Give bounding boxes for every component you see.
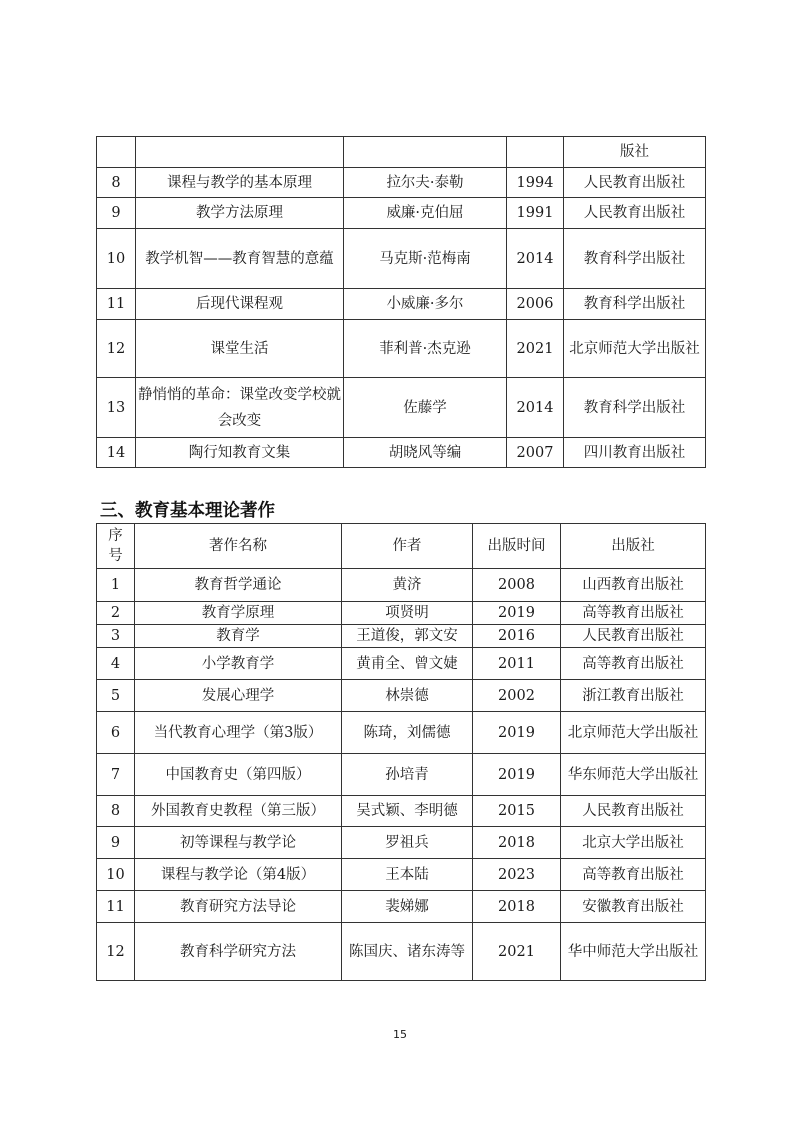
- cell-publisher: 人民教育出版社: [564, 168, 706, 198]
- table-row: 13静悄悄的革命：课堂改变学校就会改变佐藤学2014教育科学出版社: [97, 378, 706, 438]
- cell-no: 1: [97, 569, 135, 602]
- cell-no: 6: [97, 712, 135, 754]
- cell-year: 2011: [473, 648, 561, 680]
- cell-author: 项贤明: [342, 602, 473, 625]
- header-year: 出版时间: [473, 524, 561, 569]
- cell-publisher: 人民教育出版社: [564, 198, 706, 229]
- cell-no: 2: [97, 602, 135, 625]
- cell-author: 拉尔夫·泰勒: [344, 168, 507, 198]
- table-row: 9初等课程与教学论罗祖兵2018北京大学出版社: [97, 827, 706, 859]
- cell-author: 罗祖兵: [342, 827, 473, 859]
- cell-publisher: 华中师范大学出版社: [561, 923, 706, 981]
- cell-year: 2018: [473, 827, 561, 859]
- cell-no: 9: [97, 827, 135, 859]
- cell-title: 外国教育史教程（第三版）: [135, 796, 342, 827]
- cell-no: 13: [97, 378, 136, 438]
- cell-no: 10: [97, 859, 135, 891]
- cell-title: 课程与教学的基本原理: [136, 168, 344, 198]
- cell-no: [97, 137, 136, 168]
- cell-year: 2016: [473, 625, 561, 648]
- table-row: 1教育哲学通论黄济2008山西教育出版社: [97, 569, 706, 602]
- cell-publisher: 高等教育出版社: [561, 648, 706, 680]
- page-number: 15: [0, 1028, 800, 1041]
- cell-year: 2014: [507, 378, 564, 438]
- cell-year: 2014: [507, 229, 564, 289]
- table-row: 12教育科学研究方法陈国庆、诸东涛等2021华中师范大学出版社: [97, 923, 706, 981]
- table-row: 8外国教育史教程（第三版）吴式颖、李明德2015人民教育出版社: [97, 796, 706, 827]
- cell-no: 12: [97, 923, 135, 981]
- cell-no: 10: [97, 229, 136, 289]
- table-row: 2教育学原理项贤明2019高等教育出版社: [97, 602, 706, 625]
- cell-title: 课堂生活: [136, 320, 344, 378]
- cell-author: 王道俊，郭文安: [342, 625, 473, 648]
- table-row-continued: 版社: [97, 137, 706, 168]
- cell-title: 课程与教学论（第4版）: [135, 859, 342, 891]
- cell-author: 黄济: [342, 569, 473, 602]
- header-author: 作者: [342, 524, 473, 569]
- cell-title: 教育科学研究方法: [135, 923, 342, 981]
- table-row: 14陶行知教育文集胡晓风等编2007四川教育出版社: [97, 438, 706, 468]
- cell-author: 王本陆: [342, 859, 473, 891]
- header-publisher: 出版社: [561, 524, 706, 569]
- cell-publisher: 教育科学出版社: [564, 378, 706, 438]
- table-row: 4小学教育学黄甫全、曾文婕2011高等教育出版社: [97, 648, 706, 680]
- cell-publisher: 北京大学出版社: [561, 827, 706, 859]
- cell-publisher: 四川教育出版社: [564, 438, 706, 468]
- table-row: 6当代教育心理学（第3版）陈琦，刘儒德2019北京师范大学出版社: [97, 712, 706, 754]
- cell-author: 陈国庆、诸东涛等: [342, 923, 473, 981]
- cell-year: 2007: [507, 438, 564, 468]
- cell-author: 小威廉·多尔: [344, 289, 507, 320]
- cell-author: 裴娣娜: [342, 891, 473, 923]
- cell-publisher: 安徽教育出版社: [561, 891, 706, 923]
- cell-publisher: 教育科学出版社: [564, 289, 706, 320]
- cell-title: 教学方法原理: [136, 198, 344, 229]
- cell-author: [344, 137, 507, 168]
- cell-year: 2019: [473, 712, 561, 754]
- cell-publisher: 华东师范大学出版社: [561, 754, 706, 796]
- cell-author: 陈琦，刘儒德: [342, 712, 473, 754]
- cell-year: 2019: [473, 754, 561, 796]
- cell-author: 林崇德: [342, 680, 473, 712]
- cell-no: 11: [97, 891, 135, 923]
- cell-year: 2018: [473, 891, 561, 923]
- cell-year: 2006: [507, 289, 564, 320]
- cell-author: 威廉·克伯屈: [344, 198, 507, 229]
- cell-title: 中国教育史（第四版）: [135, 754, 342, 796]
- table-row: 10课程与教学论（第4版）王本陆2023高等教育出版社: [97, 859, 706, 891]
- reading-list-table-continued: 版社 8课程与教学的基本原理拉尔夫·泰勒1994人民教育出版社9教学方法原理威廉…: [96, 136, 706, 468]
- cell-year: 2008: [473, 569, 561, 602]
- table-row: 7中国教育史（第四版）孙培青2019华东师范大学出版社: [97, 754, 706, 796]
- table-row: 9教学方法原理威廉·克伯屈1991人民教育出版社: [97, 198, 706, 229]
- cell-publisher: 北京师范大学出版社: [564, 320, 706, 378]
- cell-publisher: 版社: [564, 137, 706, 168]
- cell-title: 教育学: [135, 625, 342, 648]
- cell-year: 2015: [473, 796, 561, 827]
- cell-no: 7: [97, 754, 135, 796]
- cell-year: 2021: [507, 320, 564, 378]
- header-no: 序号: [97, 524, 135, 569]
- cell-title: 初等课程与教学论: [135, 827, 342, 859]
- cell-year: 1994: [507, 168, 564, 198]
- cell-publisher: 浙江教育出版社: [561, 680, 706, 712]
- cell-year: 2023: [473, 859, 561, 891]
- education-theory-books-table: 序号 著作名称 作者 出版时间 出版社 1教育哲学通论黄济2008山西教育出版社…: [96, 523, 706, 981]
- cell-author: 孙培青: [342, 754, 473, 796]
- cell-title: 后现代课程观: [136, 289, 344, 320]
- cell-author: 菲利普·杰克逊: [344, 320, 507, 378]
- cell-no: 12: [97, 320, 136, 378]
- cell-publisher: 人民教育出版社: [561, 625, 706, 648]
- cell-year: 1991: [507, 198, 564, 229]
- cell-title: [136, 137, 344, 168]
- cell-author: 胡晓风等编: [344, 438, 507, 468]
- cell-publisher: 高等教育出版社: [561, 859, 706, 891]
- cell-year: 2019: [473, 602, 561, 625]
- table-row: 11后现代课程观小威廉·多尔2006教育科学出版社: [97, 289, 706, 320]
- table-row: 5发展心理学林崇德2002浙江教育出版社: [97, 680, 706, 712]
- cell-no: 3: [97, 625, 135, 648]
- cell-year: [507, 137, 564, 168]
- cell-title: 发展心理学: [135, 680, 342, 712]
- cell-no: 4: [97, 648, 135, 680]
- table-row: 3教育学王道俊，郭文安2016人民教育出版社: [97, 625, 706, 648]
- section-heading: 三、教育基本理论著作: [100, 497, 275, 522]
- table-header-row: 序号 著作名称 作者 出版时间 出版社: [97, 524, 706, 569]
- cell-author: 吴式颖、李明德: [342, 796, 473, 827]
- table-row: 11教育研究方法导论裴娣娜2018安徽教育出版社: [97, 891, 706, 923]
- cell-no: 14: [97, 438, 136, 468]
- cell-no: 5: [97, 680, 135, 712]
- cell-publisher: 山西教育出版社: [561, 569, 706, 602]
- cell-year: 2002: [473, 680, 561, 712]
- table-row: 12课堂生活菲利普·杰克逊2021北京师范大学出版社: [97, 320, 706, 378]
- cell-title: 小学教育学: [135, 648, 342, 680]
- cell-title: 教育学原理: [135, 602, 342, 625]
- cell-title: 陶行知教育文集: [136, 438, 344, 468]
- cell-publisher: 北京师范大学出版社: [561, 712, 706, 754]
- cell-year: 2021: [473, 923, 561, 981]
- cell-author: 马克斯·范梅南: [344, 229, 507, 289]
- cell-publisher: 人民教育出版社: [561, 796, 706, 827]
- cell-no: 9: [97, 198, 136, 229]
- cell-author: 黄甫全、曾文婕: [342, 648, 473, 680]
- header-title: 著作名称: [135, 524, 342, 569]
- cell-author: 佐藤学: [344, 378, 507, 438]
- cell-publisher: 教育科学出版社: [564, 229, 706, 289]
- cell-no: 11: [97, 289, 136, 320]
- cell-publisher: 高等教育出版社: [561, 602, 706, 625]
- cell-title: 静悄悄的革命：课堂改变学校就会改变: [136, 378, 344, 438]
- table-row: 10教学机智——教育智慧的意蕴马克斯·范梅南2014教育科学出版社: [97, 229, 706, 289]
- cell-title: 教学机智——教育智慧的意蕴: [136, 229, 344, 289]
- cell-title: 教育哲学通论: [135, 569, 342, 602]
- cell-title: 当代教育心理学（第3版）: [135, 712, 342, 754]
- cell-no: 8: [97, 796, 135, 827]
- table-row: 8课程与教学的基本原理拉尔夫·泰勒1994人民教育出版社: [97, 168, 706, 198]
- cell-title: 教育研究方法导论: [135, 891, 342, 923]
- cell-no: 8: [97, 168, 136, 198]
